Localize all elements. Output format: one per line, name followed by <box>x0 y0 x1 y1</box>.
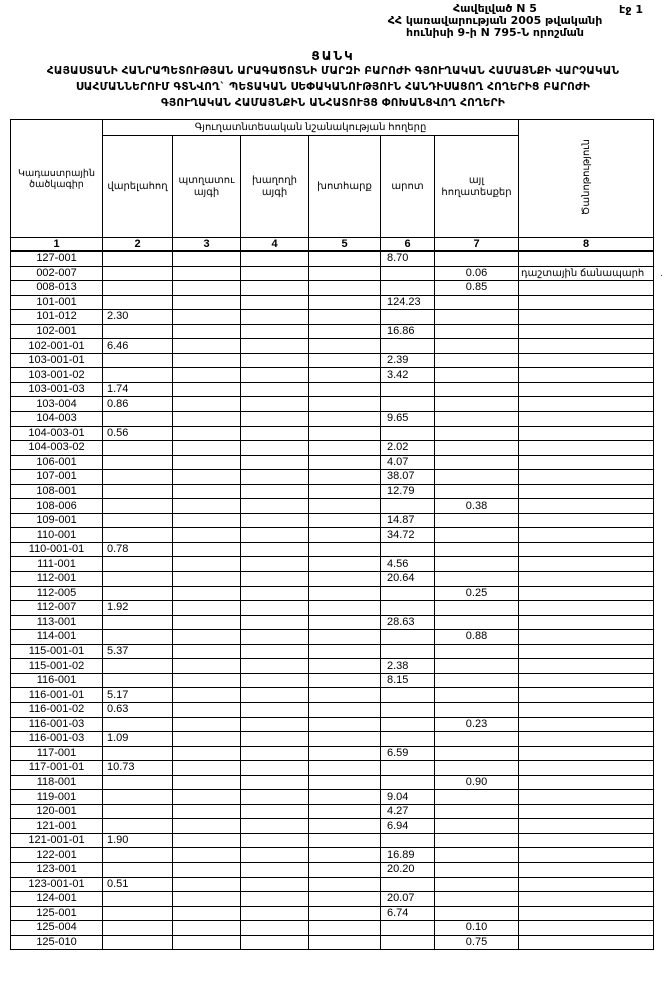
cell-vineyard <box>241 281 309 296</box>
cell-code: 008-013 <box>11 281 103 296</box>
cell-hayfield <box>309 470 381 485</box>
cell-pasture: 124.23 <box>381 295 435 310</box>
cell-vineyard <box>241 906 309 921</box>
cell-vineyard <box>241 557 309 572</box>
cell-other <box>435 761 519 776</box>
cell-other <box>435 688 519 703</box>
cell-code: 125-001 <box>11 906 103 921</box>
cell-vineyard <box>241 353 309 368</box>
cell-vineyard <box>241 659 309 674</box>
cell-code: 102-001-01 <box>11 339 103 354</box>
annex-line-3: հունիսի 9-ի N 795-Ն որոշման <box>330 27 660 39</box>
cell-vineyard <box>241 339 309 354</box>
cell-pasture <box>381 935 435 950</box>
cell-arable <box>103 295 173 310</box>
cell-orchard <box>173 702 241 717</box>
cell-code: 002-007 <box>11 266 103 281</box>
table-row: 107-00138.07 <box>11 470 654 485</box>
table-row: 103-001-031.74 <box>11 382 654 397</box>
title-line-2: ՍԱՀՄԱՆՆԵՐՈՒՄ ԳՏՆՎՈՂ` ՊԵՏԱԿԱՆ ՍԵՓԱԿԱՆՈՒԹՅ… <box>0 79 666 95</box>
table-row: 123-00120.20 <box>11 862 654 877</box>
cell-code: 125-004 <box>11 921 103 936</box>
cell-note <box>519 746 654 761</box>
cell-orchard <box>173 775 241 790</box>
cell-code: 110-001 <box>11 528 103 543</box>
cell-note <box>519 601 654 616</box>
cell-vineyard <box>241 382 309 397</box>
cell-note: դաշտային ճանապարհ <box>519 266 654 281</box>
cell-vineyard <box>241 746 309 761</box>
cell-hayfield <box>309 397 381 412</box>
cell-orchard <box>173 412 241 427</box>
cell-vineyard <box>241 295 309 310</box>
cell-hayfield <box>309 368 381 383</box>
cell-arable <box>103 790 173 805</box>
cell-other <box>435 295 519 310</box>
cell-other <box>435 615 519 630</box>
table-row: 102-00116.86 <box>11 324 654 339</box>
cell-orchard <box>173 368 241 383</box>
cell-code: 112-001 <box>11 572 103 587</box>
cell-arable <box>103 251 173 266</box>
cell-code: 121-001-01 <box>11 833 103 848</box>
cell-hayfield <box>309 266 381 281</box>
cell-orchard <box>173 295 241 310</box>
cell-orchard <box>173 251 241 266</box>
cell-hayfield <box>309 586 381 601</box>
cell-code: 104-003-01 <box>11 426 103 441</box>
cell-arable <box>103 804 173 819</box>
cell-other <box>435 601 519 616</box>
cell-code: 119-001 <box>11 790 103 805</box>
table-row: 108-0060.38 <box>11 499 654 514</box>
cell-hayfield <box>309 644 381 659</box>
cell-pasture: 6.74 <box>381 906 435 921</box>
cell-note <box>519 528 654 543</box>
cell-vineyard <box>241 833 309 848</box>
cell-orchard <box>173 470 241 485</box>
cell-note <box>519 470 654 485</box>
cell-code: 103-004 <box>11 397 103 412</box>
table-row: 116-001-030.23 <box>11 717 654 732</box>
cell-other <box>435 906 519 921</box>
cell-hayfield <box>309 310 381 325</box>
cell-arable <box>103 921 173 936</box>
cell-vineyard <box>241 572 309 587</box>
cell-hayfield <box>309 804 381 819</box>
cell-note <box>519 455 654 470</box>
cell-pasture: 8.70 <box>381 251 435 266</box>
cell-arable <box>103 324 173 339</box>
header-arable: վարելահող <box>103 136 173 238</box>
cell-pasture <box>381 542 435 557</box>
annex-reference: Հավելված N 5 ՀՀ կառավարության 2005 թվակա… <box>330 3 660 39</box>
cell-pasture <box>381 717 435 732</box>
cell-note <box>519 557 654 572</box>
cell-pasture: 4.27 <box>381 804 435 819</box>
cell-pasture: 14.87 <box>381 513 435 528</box>
table-row: 114-0010.88 <box>11 630 654 645</box>
header-code: Կադաստրային ծածկագիր <box>11 120 103 238</box>
column-number: 6 <box>381 238 435 252</box>
cell-vineyard <box>241 702 309 717</box>
title-line-3: ԳՅՈՒՂԱԿԱՆ ՀԱՄԱՅՆՔԻՆ ԱՆՀԱՏՈՒՅՑ ՓՈԽԱՆՑՎՈՂ … <box>0 95 666 111</box>
cell-vineyard <box>241 528 309 543</box>
cell-note <box>519 382 654 397</box>
cell-other <box>435 862 519 877</box>
cell-arable: 0.51 <box>103 877 173 892</box>
column-number: 5 <box>309 238 381 252</box>
cell-code: 118-001 <box>11 775 103 790</box>
table-row: 110-001-010.78 <box>11 542 654 557</box>
cell-other <box>435 702 519 717</box>
cell-arable <box>103 528 173 543</box>
cell-vineyard <box>241 630 309 645</box>
table-body: 127-0018.70002-0070.06դաշտային ճանապարհ0… <box>11 251 654 950</box>
cell-other: 0.85 <box>435 281 519 296</box>
cell-orchard <box>173 426 241 441</box>
cell-note <box>519 426 654 441</box>
cell-other <box>435 746 519 761</box>
cell-note <box>519 251 654 266</box>
cell-hayfield <box>309 935 381 950</box>
cell-hayfield <box>309 819 381 834</box>
cell-pasture <box>381 775 435 790</box>
cell-code: 103-001-03 <box>11 382 103 397</box>
cell-vineyard <box>241 732 309 747</box>
cell-pasture <box>381 586 435 601</box>
cell-note <box>519 673 654 688</box>
cell-arable: 6.46 <box>103 339 173 354</box>
cell-arable <box>103 673 173 688</box>
cell-hayfield <box>309 906 381 921</box>
cell-vineyard <box>241 644 309 659</box>
cell-other: 0.90 <box>435 775 519 790</box>
column-number: 8 <box>519 238 654 252</box>
cell-orchard <box>173 630 241 645</box>
header-agricultural-group: Գյուղատնտեսական նշանակության հողերը <box>103 120 519 136</box>
cell-arable: 0.78 <box>103 542 173 557</box>
cell-arable <box>103 572 173 587</box>
cell-pasture: 4.56 <box>381 557 435 572</box>
cell-pasture: 20.07 <box>381 892 435 907</box>
cell-other <box>435 659 519 674</box>
cell-arable <box>103 862 173 877</box>
table-row: 106-0014.07 <box>11 455 654 470</box>
cell-code: 112-007 <box>11 601 103 616</box>
cell-hayfield <box>309 761 381 776</box>
cell-orchard <box>173 513 241 528</box>
cell-hayfield <box>309 513 381 528</box>
cell-orchard <box>173 761 241 776</box>
table-row: 104-003-010.56 <box>11 426 654 441</box>
cell-arable <box>103 353 173 368</box>
cell-other <box>435 732 519 747</box>
header-other: այլ հողատեսքեր <box>435 136 519 238</box>
cell-note <box>519 761 654 776</box>
cell-orchard <box>173 746 241 761</box>
cell-other <box>435 310 519 325</box>
cell-pasture: 8.15 <box>381 673 435 688</box>
cell-arable: 0.56 <box>103 426 173 441</box>
cell-pasture <box>381 702 435 717</box>
cell-pasture: 2.02 <box>381 441 435 456</box>
table-row: 101-0122.30 <box>11 310 654 325</box>
cell-vineyard <box>241 266 309 281</box>
cell-pasture: 16.89 <box>381 848 435 863</box>
cell-code: 101-012 <box>11 310 103 325</box>
cell-code: 110-001-01 <box>11 542 103 557</box>
cell-arable: 1.74 <box>103 382 173 397</box>
cell-orchard <box>173 499 241 514</box>
header-vineyard: խաղողի այգի <box>241 136 309 238</box>
cell-hayfield <box>309 251 381 266</box>
cell-code: 113-001 <box>11 615 103 630</box>
cell-code: 114-001 <box>11 630 103 645</box>
cell-note <box>519 732 654 747</box>
cell-hayfield <box>309 848 381 863</box>
cell-orchard <box>173 862 241 877</box>
cell-vineyard <box>241 717 309 732</box>
cell-pasture <box>381 761 435 776</box>
cell-pasture <box>381 644 435 659</box>
cell-vineyard <box>241 426 309 441</box>
cell-hayfield <box>309 833 381 848</box>
cell-arable <box>103 455 173 470</box>
cell-note <box>519 804 654 819</box>
cell-orchard <box>173 310 241 325</box>
cell-other <box>435 572 519 587</box>
cell-arable <box>103 775 173 790</box>
cell-orchard <box>173 542 241 557</box>
cell-arable <box>103 935 173 950</box>
cell-orchard <box>173 615 241 630</box>
cell-vineyard <box>241 761 309 776</box>
cell-note <box>519 339 654 354</box>
cell-other <box>435 484 519 499</box>
cell-code: 101-001 <box>11 295 103 310</box>
cell-arable <box>103 281 173 296</box>
cell-pasture: 3.42 <box>381 368 435 383</box>
cell-arable: 0.86 <box>103 397 173 412</box>
cell-other <box>435 470 519 485</box>
cell-note <box>519 572 654 587</box>
cell-orchard <box>173 601 241 616</box>
cell-vineyard <box>241 542 309 557</box>
table-row: 102-001-016.46 <box>11 339 654 354</box>
cell-hayfield <box>309 572 381 587</box>
cell-vineyard <box>241 862 309 877</box>
cell-arable <box>103 368 173 383</box>
cell-vineyard <box>241 921 309 936</box>
cell-vineyard <box>241 892 309 907</box>
column-number-row: 1 2 3 4 5 6 7 8 <box>11 238 654 252</box>
cell-code: 124-001 <box>11 892 103 907</box>
cell-vineyard <box>241 324 309 339</box>
cell-orchard <box>173 659 241 674</box>
cell-hayfield <box>309 441 381 456</box>
cell-vineyard <box>241 688 309 703</box>
cell-arable <box>103 906 173 921</box>
cell-arable: 5.17 <box>103 688 173 703</box>
cell-pasture: 28.63 <box>381 615 435 630</box>
cell-pasture: 20.20 <box>381 862 435 877</box>
cell-other <box>435 644 519 659</box>
table-row: 121-001-011.90 <box>11 833 654 848</box>
cell-note <box>519 892 654 907</box>
table-row: 115-001-015.37 <box>11 644 654 659</box>
cell-hayfield <box>309 528 381 543</box>
cell-note <box>519 775 654 790</box>
cell-note <box>519 397 654 412</box>
cell-note <box>519 412 654 427</box>
cell-pasture: 6.59 <box>381 746 435 761</box>
cell-vineyard <box>241 513 309 528</box>
cell-hayfield <box>309 295 381 310</box>
cell-hayfield <box>309 542 381 557</box>
cell-pasture <box>381 601 435 616</box>
cell-arable: 0.63 <box>103 702 173 717</box>
cell-pasture <box>381 397 435 412</box>
cell-orchard <box>173 804 241 819</box>
header-pasture: արոտ <box>381 136 435 238</box>
cell-other <box>435 426 519 441</box>
cell-orchard <box>173 673 241 688</box>
cell-code: 116-001-01 <box>11 688 103 703</box>
column-number: 1 <box>11 238 103 252</box>
cell-pasture: 4.07 <box>381 455 435 470</box>
cell-orchard <box>173 644 241 659</box>
cell-other: 0.25 <box>435 586 519 601</box>
cell-note <box>519 862 654 877</box>
cell-orchard <box>173 281 241 296</box>
cell-other <box>435 513 519 528</box>
cell-hayfield <box>309 659 381 674</box>
cell-other <box>435 441 519 456</box>
cell-note <box>519 644 654 659</box>
cell-note <box>519 819 654 834</box>
cell-pasture <box>381 281 435 296</box>
cell-other: 0.88 <box>435 630 519 645</box>
cell-pasture: 2.39 <box>381 353 435 368</box>
table-row: 125-0100.75 <box>11 935 654 950</box>
cell-code: 112-005 <box>11 586 103 601</box>
cell-vineyard <box>241 397 309 412</box>
land-list-table: Կադաստրային ծածկագիր Գյուղատնտեսական նշա… <box>10 119 654 950</box>
cell-arable <box>103 470 173 485</box>
title-main: ՑԱՆԿ <box>0 49 666 63</box>
cell-pasture: 6.94 <box>381 819 435 834</box>
column-number: 2 <box>103 238 173 252</box>
table-row: 112-00120.64 <box>11 572 654 587</box>
group-header-row: Կադաստրային ծածկագիր Գյուղատնտեսական նշա… <box>11 120 654 136</box>
table-row: 119-0019.04 <box>11 790 654 805</box>
cell-code: 121-001 <box>11 819 103 834</box>
cell-vineyard <box>241 601 309 616</box>
cell-other <box>435 397 519 412</box>
cell-hayfield <box>309 324 381 339</box>
cell-vineyard <box>241 441 309 456</box>
table-row: 115-001-022.38 <box>11 659 654 674</box>
cell-other <box>435 528 519 543</box>
cell-other <box>435 251 519 266</box>
cell-orchard <box>173 455 241 470</box>
table-row: 002-0070.06դաշտային ճանապարհ <box>11 266 654 281</box>
margin-mark: · <box>660 270 663 280</box>
table-row: 104-003-022.02 <box>11 441 654 456</box>
cell-other <box>435 455 519 470</box>
cell-code: 111-001 <box>11 557 103 572</box>
cell-vineyard <box>241 484 309 499</box>
table-row: 113-00128.63 <box>11 615 654 630</box>
cell-vineyard <box>241 673 309 688</box>
table-row: 112-0050.25 <box>11 586 654 601</box>
cell-arable <box>103 484 173 499</box>
cell-other <box>435 542 519 557</box>
cell-orchard <box>173 339 241 354</box>
cell-pasture <box>381 382 435 397</box>
cell-hayfield <box>309 688 381 703</box>
cell-other <box>435 790 519 805</box>
cell-pasture <box>381 499 435 514</box>
cell-other: 0.06 <box>435 266 519 281</box>
cell-arable <box>103 266 173 281</box>
cell-note <box>519 441 654 456</box>
cell-hayfield <box>309 412 381 427</box>
cell-hayfield <box>309 862 381 877</box>
cell-other <box>435 673 519 688</box>
table-row: 008-0130.85 <box>11 281 654 296</box>
cell-code: 103-001-01 <box>11 353 103 368</box>
cell-pasture: 38.07 <box>381 470 435 485</box>
cell-vineyard <box>241 310 309 325</box>
cell-hayfield <box>309 790 381 805</box>
cell-vineyard <box>241 775 309 790</box>
cell-code: 107-001 <box>11 470 103 485</box>
cell-vineyard <box>241 412 309 427</box>
cell-vineyard <box>241 804 309 819</box>
table-row: 121-0016.94 <box>11 819 654 834</box>
cell-hayfield <box>309 615 381 630</box>
cell-code: 104-003 <box>11 412 103 427</box>
cell-hayfield <box>309 601 381 616</box>
cell-pasture: 12.79 <box>381 484 435 499</box>
cell-other: 0.10 <box>435 921 519 936</box>
table-row: 116-0018.15 <box>11 673 654 688</box>
table-row: 104-0039.65 <box>11 412 654 427</box>
cell-arable <box>103 615 173 630</box>
cell-orchard <box>173 935 241 950</box>
cell-hayfield <box>309 426 381 441</box>
cell-arable <box>103 746 173 761</box>
cell-arable <box>103 499 173 514</box>
cell-arable: 5.37 <box>103 644 173 659</box>
cell-other <box>435 382 519 397</box>
cell-other <box>435 877 519 892</box>
cell-hayfield <box>309 717 381 732</box>
cell-pasture <box>381 426 435 441</box>
cell-hayfield <box>309 892 381 907</box>
cell-note <box>519 935 654 950</box>
table-row: 116-001-031.09 <box>11 732 654 747</box>
cell-other <box>435 819 519 834</box>
cell-arable: 1.92 <box>103 601 173 616</box>
cell-hayfield <box>309 702 381 717</box>
cell-orchard <box>173 790 241 805</box>
cell-note <box>519 281 654 296</box>
cell-hayfield <box>309 921 381 936</box>
cell-note <box>519 310 654 325</box>
